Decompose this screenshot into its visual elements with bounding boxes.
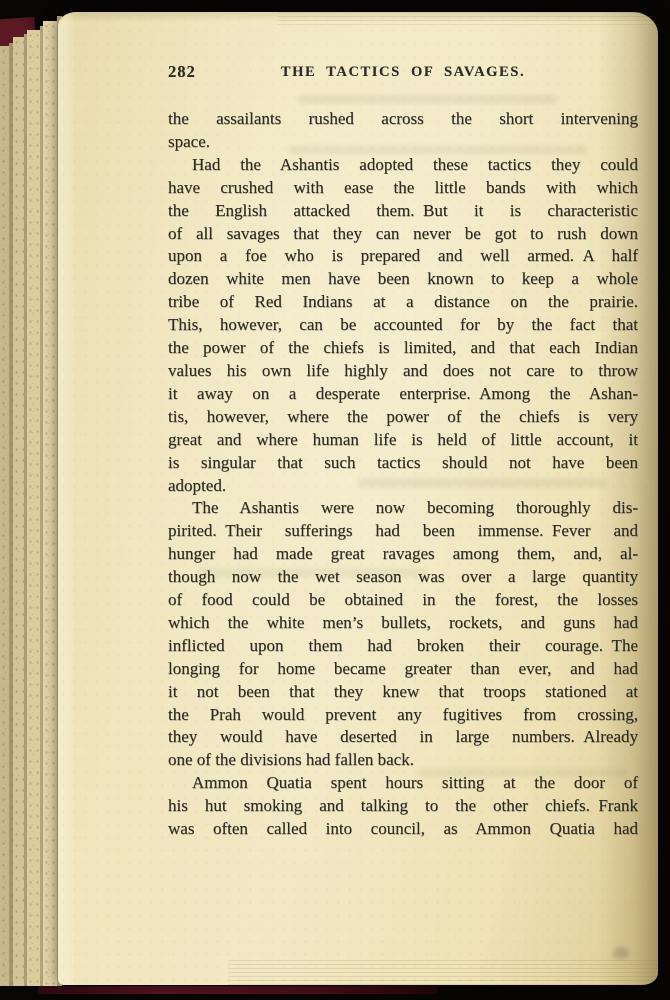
text-line: inflicted upon them had broken their cou… [168, 635, 638, 658]
text-line: dozen white men have been known to keep … [168, 268, 638, 291]
page-edge-strip [43, 21, 57, 986]
text-line: the power of the chiefs is limited, and … [168, 337, 638, 360]
text-line: is singular that such tactics should not… [168, 452, 638, 475]
text-line: This, however, can be accounted for by t… [168, 314, 638, 337]
text-line: of all savages that they can never be go… [168, 223, 638, 246]
page-top-edge-lines [278, 12, 658, 27]
text-line: The Ashantis were now becoming thoroughl… [168, 497, 638, 520]
page-edge-stack [0, 0, 62, 1000]
text-line: upon a foe who is prepared and well arme… [168, 245, 638, 268]
text-line: it away on a desperate enterprise. Among… [168, 383, 638, 406]
page-edge-strip [27, 30, 40, 986]
page-bottom-edge-lines [228, 957, 658, 985]
text-line: which the white men’s bullets, rockets, … [168, 612, 638, 635]
text-line: values his own life highly and does not … [168, 360, 638, 383]
text-block: 282 THE TACTICS OF SAVAGES. the assailan… [168, 62, 638, 841]
page-edge-strip [0, 46, 9, 986]
text-line: one of the divisions had fallen back. [168, 749, 638, 772]
text-line: Ammon Quatia spent hours sitting at the … [168, 772, 638, 795]
text-line: great and where human life is held of li… [168, 429, 638, 452]
book-page: 282 THE TACTICS OF SAVAGES. the assailan… [58, 12, 658, 985]
text-line: space. [168, 131, 638, 154]
text-line: they would have deserted in large number… [168, 726, 638, 749]
text-line: pirited. Their sufferings had been immen… [168, 520, 638, 543]
page-edge-strip [13, 37, 24, 986]
text-line: was often called into council, as Ammon … [168, 818, 638, 841]
page-header: 282 THE TACTICS OF SAVAGES. [168, 62, 638, 88]
text-line: the assailants rushed across the short i… [168, 108, 638, 131]
running-header: THE TACTICS OF SAVAGES. [168, 62, 638, 81]
text-line: have crushed with ease the little bands … [168, 177, 638, 200]
text-line: it not been that they knew that troops s… [168, 681, 638, 704]
text-line: of food could be obtained in the forest,… [168, 589, 638, 612]
text-line: hunger had made great ravages among them… [168, 543, 638, 566]
text-line: adopted. [168, 475, 638, 498]
book-photo: 282 THE TACTICS OF SAVAGES. the assailan… [0, 0, 670, 1000]
text-line: his hut smoking and talking to the other… [168, 795, 638, 818]
book-cover-bottom-edge [38, 986, 438, 994]
page-number: 282 [168, 62, 196, 82]
text-line: tribe of Red Indians at a distance on th… [168, 291, 638, 314]
page-text: the assailants rushed across the short i… [168, 108, 638, 841]
page-blemish [613, 947, 629, 959]
text-line: though now the wet season was over a lar… [168, 566, 638, 589]
text-line: longing for home became greater than eve… [168, 658, 638, 681]
text-line: tis, however, where the power of the chi… [168, 406, 638, 429]
text-line: Had the Ashantis adopted these tactics t… [168, 154, 638, 177]
text-line: the English attacked them. But it is cha… [168, 200, 638, 223]
text-line: the Prah would prevent any fugitives fro… [168, 704, 638, 727]
